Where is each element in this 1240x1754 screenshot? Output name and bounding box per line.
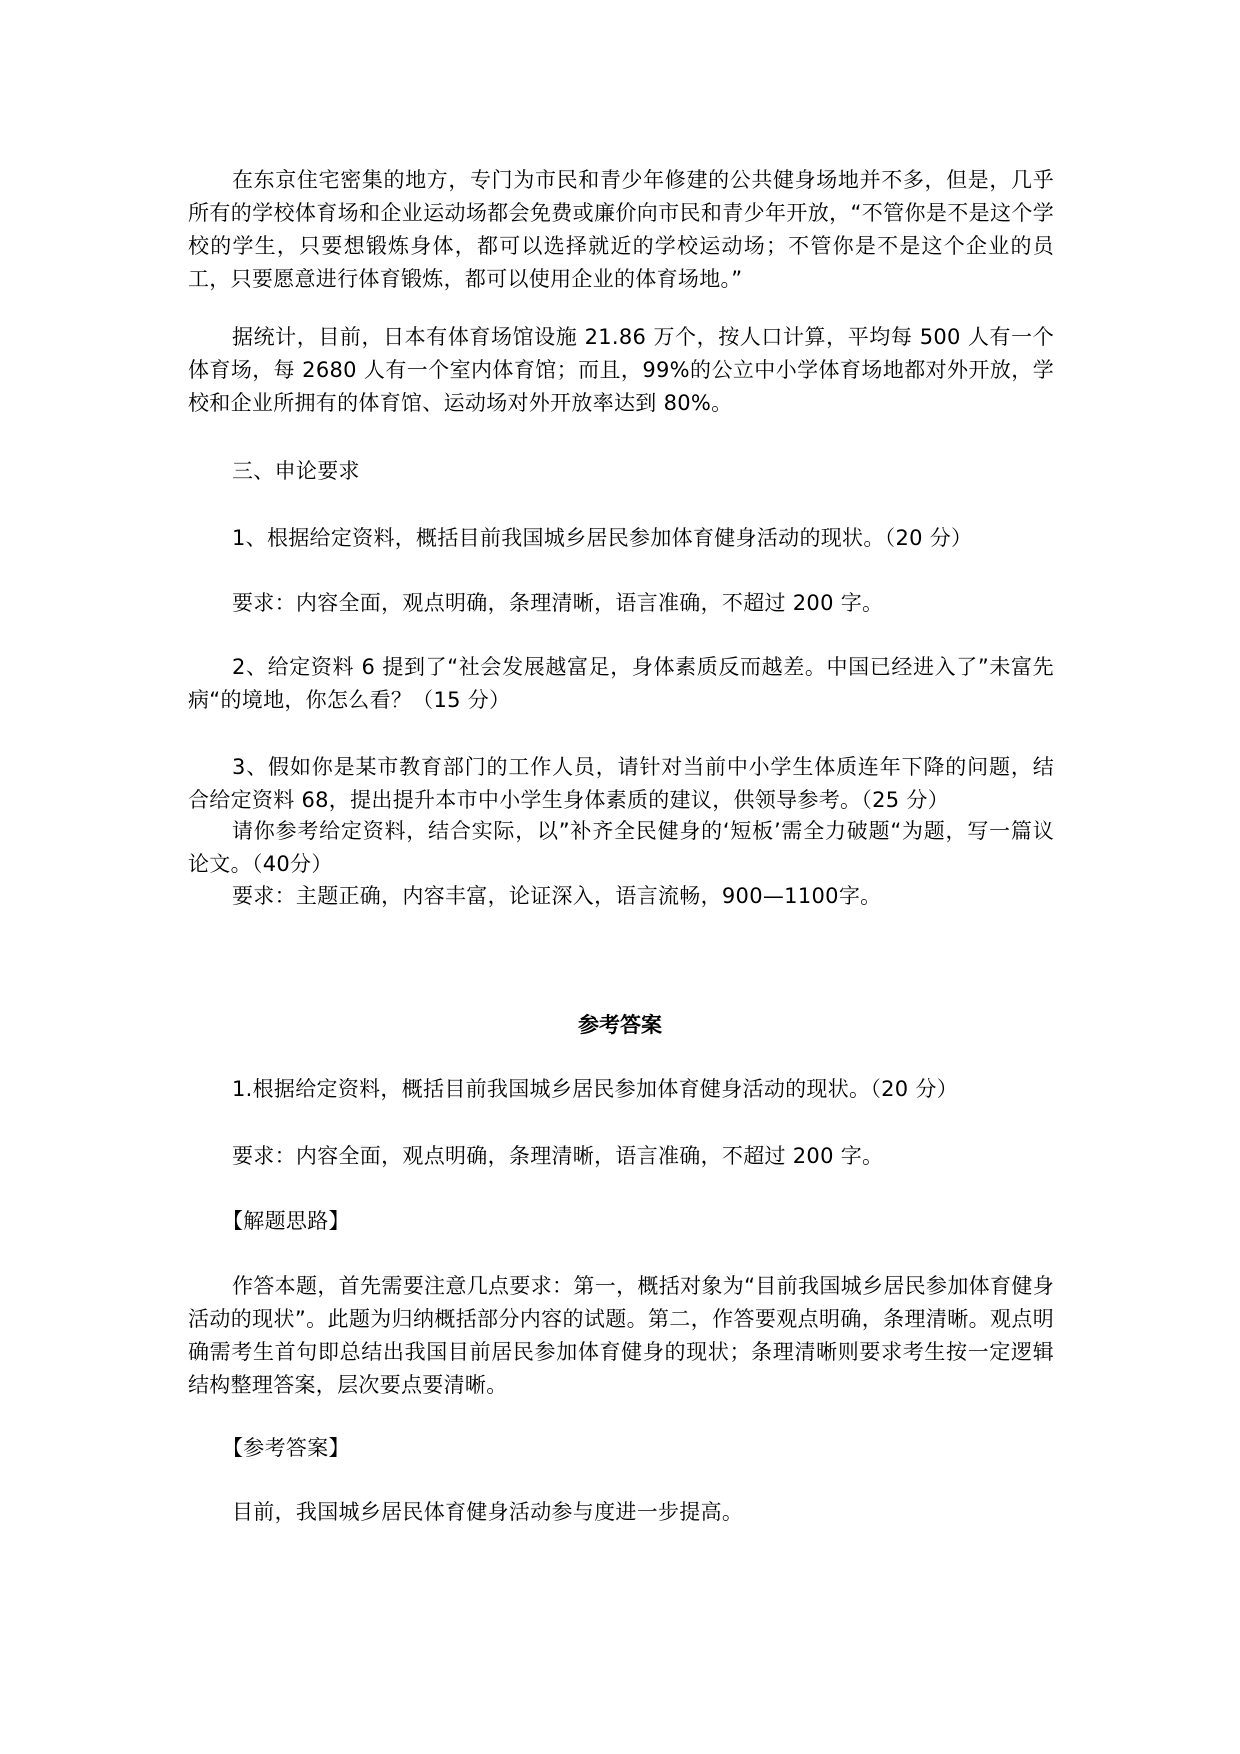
- question-1: 1、根据给定资料，概括目前我国城乡居民参加体育健身活动的现状。（20 分）: [188, 522, 1054, 555]
- question-3: 3、假如你是某市教育部门的工作人员，请针对当前中小学生体质连年下降的问题，结合给…: [188, 751, 1054, 817]
- reference-answer-label: 【参考答案】: [222, 1432, 1054, 1465]
- answer-heading: 参考答案: [0, 1009, 1240, 1042]
- paragraph-tokyo-fitness: 在东京住宅密集的地方，专门为市民和青少年修建的公共健身场地并不多，但是，几乎所有…: [188, 164, 1054, 296]
- reference-answer-body: 目前，我国城乡居民体育健身活动参与度进一步提高。: [188, 1496, 1054, 1529]
- answer-question-1-requirement: 要求：内容全面，观点明确，条理清晰，语言准确，不超过 200 字。: [188, 1140, 1054, 1173]
- document-page: 在东京住宅密集的地方，专门为市民和青少年修建的公共健身场地并不多，但是，几乎所有…: [0, 0, 1240, 1754]
- question-4-essay: 请你参考给定资料，结合实际，以”补齐全民健身的‘短板’需全力破题“为题，写一篇议…: [188, 815, 1054, 881]
- question-1-requirement: 要求：内容全面，观点明确，条理清晰，语言准确，不超过 200 字。: [188, 587, 1054, 620]
- question-2: 2、给定资料 6 提到了“社会发展越富足，身体素质反而越差。中国已经进入了”未富…: [188, 651, 1054, 717]
- question-4-requirement: 要求：主题正确，内容丰富，论证深入，语言流畅，900—1100字。: [188, 880, 1054, 913]
- solution-idea-body: 作答本题，首先需要注意几点要求：第一，概括对象为“目前我国城乡居民参加体育健身活…: [188, 1270, 1054, 1402]
- paragraph-japan-stats: 据统计，目前，日本有体育场馆设施 21.86 万个，按人口计算，平均每 500 …: [188, 321, 1054, 420]
- answer-question-1: 1.根据给定资料，概括目前我国城乡居民参加体育健身活动的现状。（20 分）: [188, 1073, 1054, 1106]
- section-title-requirements: 三、申论要求: [188, 455, 1054, 488]
- solution-idea-label: 【解题思路】: [222, 1205, 1054, 1238]
